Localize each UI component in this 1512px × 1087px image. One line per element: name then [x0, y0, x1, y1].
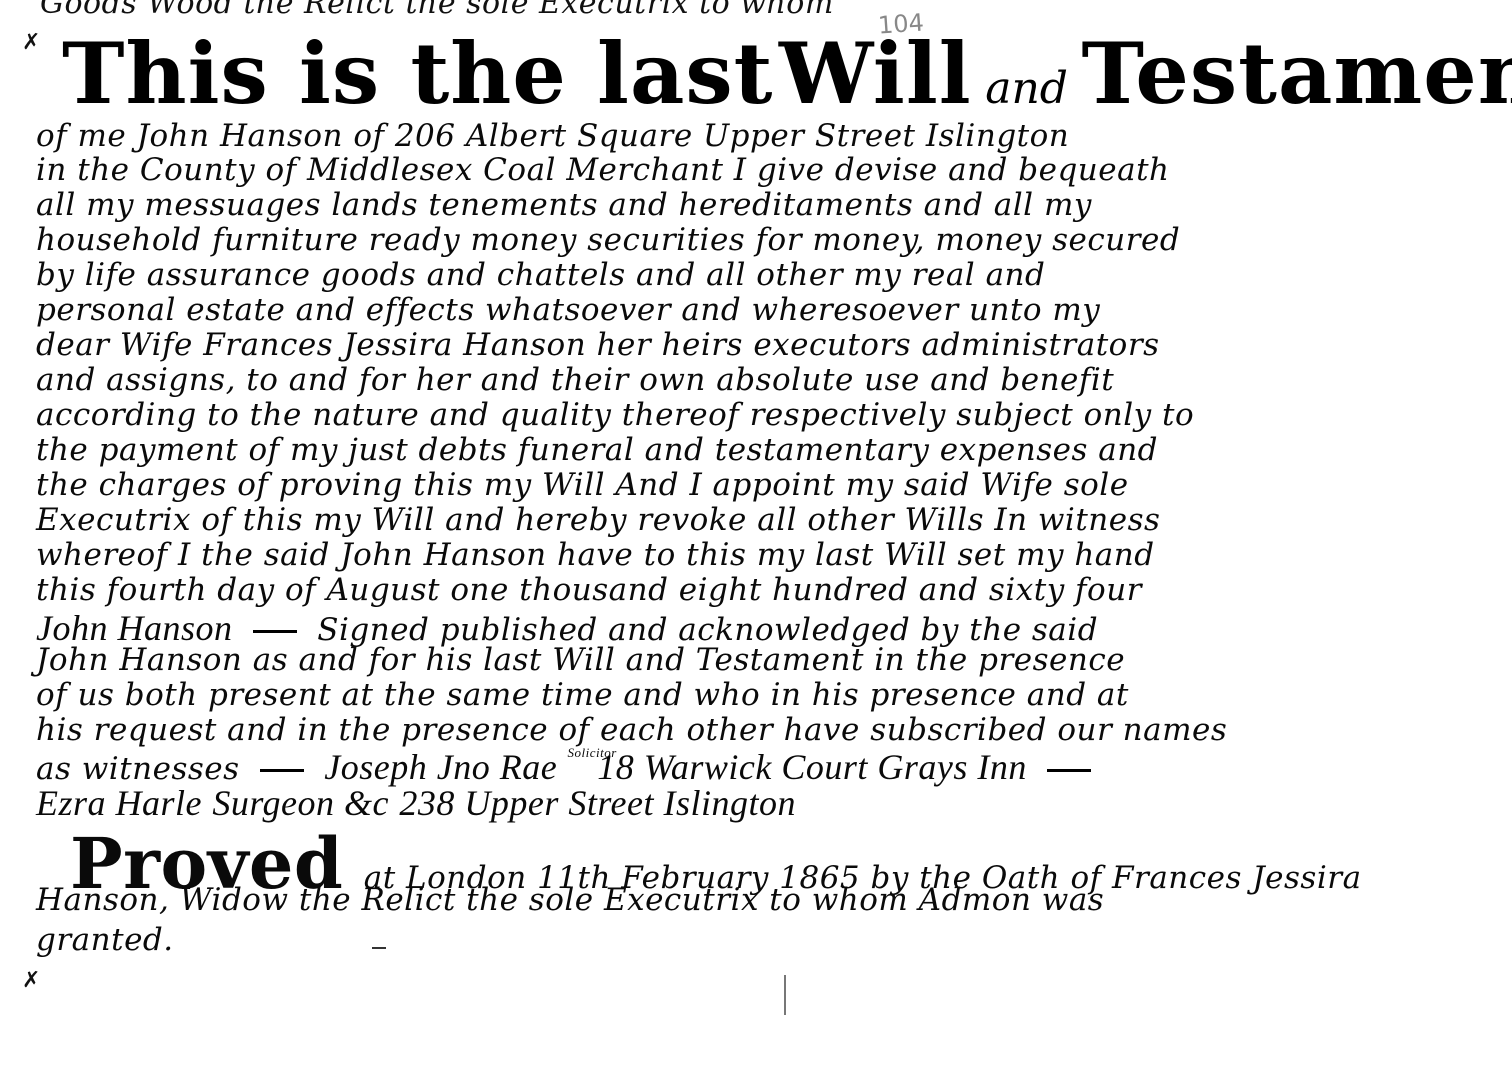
will-line: whereof I the said John Hanson have to t…: [36, 537, 1155, 573]
margin-cross-mark: ✗: [22, 968, 40, 993]
title-part-3: Testament: [1082, 24, 1512, 123]
margin-cross-mark: ✗: [22, 30, 40, 55]
will-line: dear Wife Frances Jessira Hanson her hei…: [36, 327, 1160, 363]
witness-end-dash: [1047, 769, 1091, 772]
cut-off-previous-text: Goods Wood the Relict the sole Executrix…: [40, 0, 834, 21]
stray-pen-mark: [372, 947, 386, 949]
will-line: this fourth day of August one thousand e…: [36, 572, 1142, 608]
will-document-page: Goods Wood the Relict the sole Executrix…: [0, 0, 1512, 1087]
attestation-line: of us both present at the same time and …: [36, 677, 1129, 713]
will-line: Executrix of this my Will and hereby rev…: [36, 502, 1160, 538]
document-title: This is the last Will and Testament: [62, 24, 1512, 123]
will-line: and assigns, to and for her and their ow…: [36, 362, 1114, 398]
witness-1-name: Joseph Jno Rae: [324, 747, 557, 787]
will-line: household furniture ready money securiti…: [36, 222, 1180, 258]
will-line: personal estate and effects whatsoever a…: [36, 292, 1100, 328]
will-line: by life assurance goods and chattels and…: [36, 257, 1045, 293]
probate-line: granted.: [36, 922, 174, 958]
attestation-line: his request and in the presence of each …: [36, 712, 1227, 748]
will-line: the charges of proving this my Will And …: [36, 467, 1129, 503]
probate-line: Hanson, Widow the Relict the sole Execut…: [36, 882, 1104, 918]
witness-2-name: Ezra Harle: [36, 783, 202, 823]
will-line: all my messuages lands tenements and her…: [36, 187, 1092, 223]
attestation-line: John Hanson as and for his last Will and…: [36, 642, 1125, 678]
title-connector: and: [985, 63, 1068, 114]
witness-2-occupation: Surgeon &c: [212, 783, 389, 823]
title-part-2: Will: [779, 24, 972, 123]
witness-2-address: 238 Upper Street Islington: [399, 783, 796, 823]
witness-line-2: Ezra Harle Surgeon &c 238 Upper Street I…: [36, 782, 796, 824]
will-line: in the County of Middlesex Coal Merchant…: [36, 152, 1170, 188]
will-line: of me John Hanson of 206 Albert Square U…: [36, 118, 1069, 154]
witness-dash: [260, 769, 304, 772]
will-line: the payment of my just debts funeral and…: [36, 432, 1158, 468]
will-line: according to the nature and quality ther…: [36, 397, 1194, 433]
witness-1-address: 18 Warwick Court Grays Inn: [597, 747, 1027, 787]
signature-dash: [253, 630, 297, 633]
stray-pen-mark: [784, 975, 789, 1015]
title-part-1: This is the last: [62, 24, 773, 123]
